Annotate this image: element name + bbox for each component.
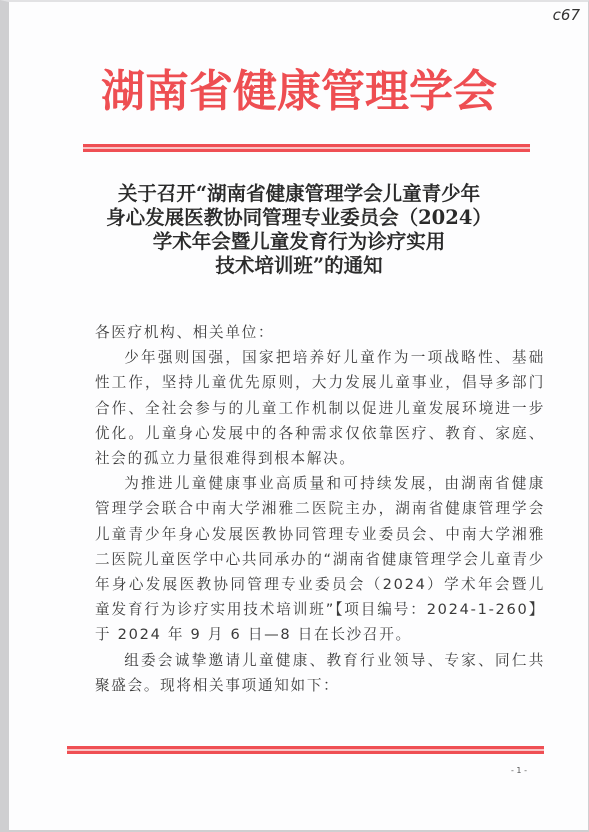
document-body: 各医疗机构、相关单位： 少年强则国强，国家把培养好儿童作为一项战略性、基础性工作…	[95, 320, 545, 698]
title-line: 学术年会暨儿童发育行为诊疗实用	[9, 230, 589, 254]
footer-divider	[67, 746, 544, 754]
title-line: 身心发展医教协同管理专业委员会（2024）	[9, 206, 589, 230]
title-line: 技术培训班”的通知	[9, 254, 589, 278]
letterhead-divider	[83, 144, 530, 152]
body-paragraph: 为推进儿童健康事业高质量和可持续发展，由湖南省健康管理学会联合中南大学湘雅二医院…	[95, 471, 545, 647]
document-title: 关于召开“湖南省健康管理学会儿童青少年 身心发展医教协同管理专业委员会（2024…	[9, 182, 589, 278]
document-page: c67 湖南省健康管理学会 关于召开“湖南省健康管理学会儿童青少年 身心发展医教…	[0, 0, 589, 832]
salutation: 各医疗机构、相关单位：	[95, 320, 545, 345]
body-paragraph: 组委会诚挚邀请儿童健康、教育行业领导、专家、同仁共聚盛会。现将相关事项通知如下：	[95, 648, 545, 698]
body-paragraph: 少年强则国强，国家把培养好儿童作为一项战略性、基础性工作，坚持儿童优先原则，大力…	[95, 345, 545, 471]
title-line: 关于召开“湖南省健康管理学会儿童青少年	[9, 182, 589, 206]
organization-letterhead: 湖南省健康管理学会	[9, 66, 589, 118]
page-number: - 1 -	[511, 766, 527, 775]
handwritten-mark: c67	[553, 6, 580, 24]
